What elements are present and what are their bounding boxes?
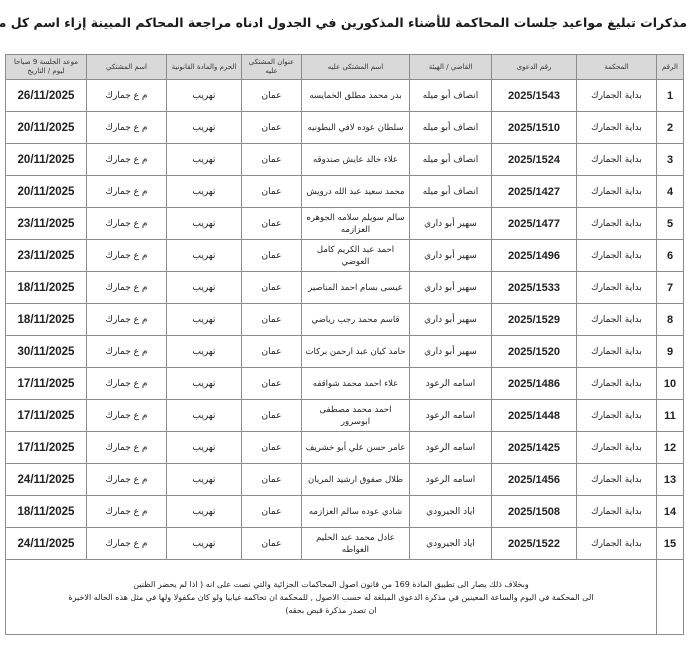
cell-defendant-name: علاء احمد محمد شواقفه bbox=[302, 368, 410, 400]
cell-complainant: م ع جمارك bbox=[87, 528, 167, 560]
cell-charge: تهريب bbox=[167, 240, 242, 272]
cell-judge: سهير أبو داري bbox=[410, 240, 492, 272]
cell-defendant-address: عمان bbox=[242, 80, 302, 112]
cell-session-date: 20/11/2025 bbox=[6, 176, 87, 208]
header-defendant-name: اسم المشتكى عليه bbox=[302, 55, 410, 80]
cell-number: 7 bbox=[657, 272, 684, 304]
cell-court: بداية الجمارك bbox=[577, 176, 657, 208]
court-sessions-table: الرقم المحكمة رقم الدعوى القاضي / الهيئة… bbox=[5, 54, 684, 635]
table-header-row: الرقم المحكمة رقم الدعوى القاضي / الهيئة… bbox=[6, 55, 684, 80]
cell-case-number: 2025/1486 bbox=[492, 368, 577, 400]
table-row: 5بداية الجمارك2025/1477سهير أبو داريسالم… bbox=[6, 208, 684, 240]
cell-session-date: 18/11/2025 bbox=[6, 272, 87, 304]
cell-charge: تهريب bbox=[167, 144, 242, 176]
cell-number: 11 bbox=[657, 400, 684, 432]
cell-case-number: 2025/1533 bbox=[492, 272, 577, 304]
cell-court: بداية الجمارك bbox=[577, 432, 657, 464]
cell-charge: تهريب bbox=[167, 336, 242, 368]
cell-complainant: م ع جمارك bbox=[87, 272, 167, 304]
cell-court: بداية الجمارك bbox=[577, 240, 657, 272]
cell-charge: تهريب bbox=[167, 304, 242, 336]
cell-case-number: 2025/1529 bbox=[492, 304, 577, 336]
cell-defendant-address: عمان bbox=[242, 144, 302, 176]
cell-complainant: م ع جمارك bbox=[87, 400, 167, 432]
table-row: 15بداية الجمارك2025/1522اياد الجيروديعاد… bbox=[6, 528, 684, 560]
header-number: الرقم bbox=[657, 55, 684, 80]
header-complainant: اسم المشتكي bbox=[87, 55, 167, 80]
header-session-date: موعد الجلسة 9 صباحا ليوم / التاريخ bbox=[6, 55, 87, 80]
cell-defendant-address: عمان bbox=[242, 464, 302, 496]
cell-judge: انصاف أبو ميله bbox=[410, 80, 492, 112]
cell-number: 1 bbox=[657, 80, 684, 112]
cell-defendant-address: عمان bbox=[242, 240, 302, 272]
cell-case-number: 2025/1520 bbox=[492, 336, 577, 368]
cell-session-date: 20/11/2025 bbox=[6, 112, 87, 144]
cell-case-number: 2025/1448 bbox=[492, 400, 577, 432]
cell-number: 6 bbox=[657, 240, 684, 272]
cell-judge: اسامه الرعود bbox=[410, 432, 492, 464]
cell-judge: اياد الجيرودي bbox=[410, 496, 492, 528]
table-row: 12بداية الجمارك2025/1425اسامه الرعودعامر… bbox=[6, 432, 684, 464]
cell-number: 5 bbox=[657, 208, 684, 240]
table-row: 11بداية الجمارك2025/1448اسامه الرعوداحمد… bbox=[6, 400, 684, 432]
cell-number: 14 bbox=[657, 496, 684, 528]
cell-complainant: م ع جمارك bbox=[87, 144, 167, 176]
cell-session-date: 17/11/2025 bbox=[6, 368, 87, 400]
cell-session-date: 20/11/2025 bbox=[6, 144, 87, 176]
cell-defendant-name: عادل محمد عبد الحليم العواطه bbox=[302, 528, 410, 560]
table-row: 6بداية الجمارك2025/1496سهير أبو دارياحمد… bbox=[6, 240, 684, 272]
table-row: 10بداية الجمارك2025/1486اسامه الرعودعلاء… bbox=[6, 368, 684, 400]
cell-judge: سهير أبو داري bbox=[410, 304, 492, 336]
cell-defendant-address: عمان bbox=[242, 528, 302, 560]
cell-complainant: م ع جمارك bbox=[87, 80, 167, 112]
cell-charge: تهريب bbox=[167, 80, 242, 112]
table-row: 7بداية الجمارك2025/1533سهير أبو داريعيسى… bbox=[6, 272, 684, 304]
cell-judge: اسامه الرعود bbox=[410, 400, 492, 432]
cell-number: 3 bbox=[657, 144, 684, 176]
cell-complainant: م ع جمارك bbox=[87, 336, 167, 368]
cell-session-date: 23/11/2025 bbox=[6, 208, 87, 240]
cell-defendant-name: محمد سعيد عبد الله درويش bbox=[302, 176, 410, 208]
cell-case-number: 2025/1522 bbox=[492, 528, 577, 560]
cell-defendant-address: عمان bbox=[242, 208, 302, 240]
cell-judge: اسامه الرعود bbox=[410, 464, 492, 496]
cell-court: بداية الجمارك bbox=[577, 528, 657, 560]
table-row: 9بداية الجمارك2025/1520سهير أبو داريحامد… bbox=[6, 336, 684, 368]
cell-number: 4 bbox=[657, 176, 684, 208]
cell-defendant-name: عيسى بسام احمد المناصير bbox=[302, 272, 410, 304]
cell-court: بداية الجمارك bbox=[577, 80, 657, 112]
cell-session-date: 30/11/2025 bbox=[6, 336, 87, 368]
cell-court: بداية الجمارك bbox=[577, 112, 657, 144]
cell-court: بداية الجمارك bbox=[577, 464, 657, 496]
cell-session-date: 24/11/2025 bbox=[6, 464, 87, 496]
cell-session-date: 17/11/2025 bbox=[6, 432, 87, 464]
cell-judge: سهير أبو داري bbox=[410, 208, 492, 240]
cell-charge: تهريب bbox=[167, 400, 242, 432]
cell-complainant: م ع جمارك bbox=[87, 176, 167, 208]
cell-court: بداية الجمارك bbox=[577, 336, 657, 368]
cell-case-number: 2025/1543 bbox=[492, 80, 577, 112]
legal-notice: وبخلاف ذلك يصار الى تطبيق المادة 169 من … bbox=[6, 560, 657, 635]
cell-session-date: 23/11/2025 bbox=[6, 240, 87, 272]
cell-defendant-name: شادي عوده سالم العزازمه bbox=[302, 496, 410, 528]
cell-complainant: م ع جمارك bbox=[87, 208, 167, 240]
table-row: 4بداية الجمارك2025/1427انصاف أبو ميلهمحم… bbox=[6, 176, 684, 208]
cell-judge: انصاف أبو ميله bbox=[410, 144, 492, 176]
cell-charge: تهريب bbox=[167, 176, 242, 208]
header-case-number: رقم الدعوى bbox=[492, 55, 577, 80]
footer-row: وبخلاف ذلك يصار الى تطبيق المادة 169 من … bbox=[6, 560, 684, 635]
table-row: 3بداية الجمارك2025/1524انصاف أبو ميلهعلا… bbox=[6, 144, 684, 176]
cell-number: 8 bbox=[657, 304, 684, 336]
cell-charge: تهريب bbox=[167, 272, 242, 304]
cell-defendant-name: احمد محمد مصطفى ابوسرور bbox=[302, 400, 410, 432]
cell-case-number: 2025/1456 bbox=[492, 464, 577, 496]
legal-notice-line-1: وبخلاف ذلك يصار الى تطبيق المادة 169 من … bbox=[12, 578, 650, 591]
cell-complainant: م ع جمارك bbox=[87, 496, 167, 528]
cell-defendant-address: عمان bbox=[242, 400, 302, 432]
cell-charge: تهريب bbox=[167, 368, 242, 400]
header-judge: القاضي / الهيئة bbox=[410, 55, 492, 80]
cell-defendant-name: علاء خالد عايش صندوقه bbox=[302, 144, 410, 176]
cell-case-number: 2025/1477 bbox=[492, 208, 577, 240]
cell-court: بداية الجمارك bbox=[577, 400, 657, 432]
header-defendant-address: عنوان المشتكى عليه bbox=[242, 55, 302, 80]
cell-defendant-address: عمان bbox=[242, 272, 302, 304]
cell-defendant-address: عمان bbox=[242, 432, 302, 464]
cell-defendant-address: عمان bbox=[242, 336, 302, 368]
cell-charge: تهريب bbox=[167, 464, 242, 496]
cell-court: بداية الجمارك bbox=[577, 496, 657, 528]
cell-number: 10 bbox=[657, 368, 684, 400]
cell-charge: تهريب bbox=[167, 432, 242, 464]
cell-defendant-address: عمان bbox=[242, 304, 302, 336]
cell-defendant-address: عمان bbox=[242, 176, 302, 208]
cell-complainant: م ع جمارك bbox=[87, 464, 167, 496]
cell-number: 15 bbox=[657, 528, 684, 560]
cell-case-number: 2025/1427 bbox=[492, 176, 577, 208]
cell-defendant-address: عمان bbox=[242, 112, 302, 144]
cell-complainant: م ع جمارك bbox=[87, 368, 167, 400]
cell-number: 13 bbox=[657, 464, 684, 496]
cell-case-number: 2025/1508 bbox=[492, 496, 577, 528]
cell-case-number: 2025/1496 bbox=[492, 240, 577, 272]
cell-judge: سهير أبو داري bbox=[410, 272, 492, 304]
cell-case-number: 2025/1510 bbox=[492, 112, 577, 144]
cell-complainant: م ع جمارك bbox=[87, 304, 167, 336]
table-row: 2بداية الجمارك2025/1510انصاف أبو ميلهسلط… bbox=[6, 112, 684, 144]
cell-court: بداية الجمارك bbox=[577, 144, 657, 176]
cell-court: بداية الجمارك bbox=[577, 304, 657, 336]
cell-defendant-name: بدر محمد مطلق الخمايسه bbox=[302, 80, 410, 112]
cell-judge: انصاف أبو ميله bbox=[410, 176, 492, 208]
cell-court: بداية الجمارك bbox=[577, 368, 657, 400]
cell-session-date: 24/11/2025 bbox=[6, 528, 87, 560]
header-court: المحكمة bbox=[577, 55, 657, 80]
cell-court: بداية الجمارك bbox=[577, 208, 657, 240]
cell-defendant-name: عامر حسن علي أبو خشريف bbox=[302, 432, 410, 464]
cell-charge: تهريب bbox=[167, 208, 242, 240]
cell-judge: اياد الجيرودي bbox=[410, 528, 492, 560]
legal-notice-line-2: الى المحكمة في اليوم والساعة المعينين في… bbox=[12, 591, 650, 604]
document-title: مذكرات تبليغ مواعيد جلسات المحاكمة للأضن… bbox=[0, 15, 687, 30]
cell-number: 9 bbox=[657, 336, 684, 368]
table-row: 1بداية الجمارك2025/1543انصاف أبو ميلهبدر… bbox=[6, 80, 684, 112]
cell-case-number: 2025/1524 bbox=[492, 144, 577, 176]
cell-defendant-name: سلطان عوده لافي البطونيه bbox=[302, 112, 410, 144]
cell-judge: اسامه الرعود bbox=[410, 368, 492, 400]
cell-defendant-name: طلال صفوق ارشيد المريان bbox=[302, 464, 410, 496]
cell-charge: تهريب bbox=[167, 112, 242, 144]
cell-case-number: 2025/1425 bbox=[492, 432, 577, 464]
cell-court: بداية الجمارك bbox=[577, 272, 657, 304]
table-row: 14بداية الجمارك2025/1508اياد الجيروديشاد… bbox=[6, 496, 684, 528]
cell-defendant-address: عمان bbox=[242, 368, 302, 400]
cell-session-date: 26/11/2025 bbox=[6, 80, 87, 112]
table-row: 13بداية الجمارك2025/1456اسامه الرعودطلال… bbox=[6, 464, 684, 496]
table-row: 8بداية الجمارك2025/1529سهير أبو داريقاسم… bbox=[6, 304, 684, 336]
cell-number: 2 bbox=[657, 112, 684, 144]
cell-defendant-name: حامد كيان عبد ارحمن بركات bbox=[302, 336, 410, 368]
cell-charge: تهريب bbox=[167, 496, 242, 528]
cell-session-date: 18/11/2025 bbox=[6, 304, 87, 336]
legal-notice-line-3: ان تصدر مذكرة قبض بحقه) bbox=[12, 604, 650, 617]
cell-defendant-name: احمد عبد الكريم كامل العوضي bbox=[302, 240, 410, 272]
cell-defendant-address: عمان bbox=[242, 496, 302, 528]
cell-session-date: 18/11/2025 bbox=[6, 496, 87, 528]
cell-session-date: 17/11/2025 bbox=[6, 400, 87, 432]
cell-complainant: م ع جمارك bbox=[87, 432, 167, 464]
cell-defendant-name: سالم سويلم سلامه الجوهره العزازمه bbox=[302, 208, 410, 240]
header-charge: الجرم والمادة القانونية bbox=[167, 55, 242, 80]
cell-complainant: م ع جمارك bbox=[87, 112, 167, 144]
cell-judge: سهير أبو داري bbox=[410, 336, 492, 368]
cell-defendant-name: قاسم محمد رجب رياضي bbox=[302, 304, 410, 336]
cell-charge: تهريب bbox=[167, 528, 242, 560]
cell-complainant: م ع جمارك bbox=[87, 240, 167, 272]
footer-spacer-cell bbox=[657, 560, 684, 635]
cell-judge: انصاف أبو ميله bbox=[410, 112, 492, 144]
cell-number: 12 bbox=[657, 432, 684, 464]
